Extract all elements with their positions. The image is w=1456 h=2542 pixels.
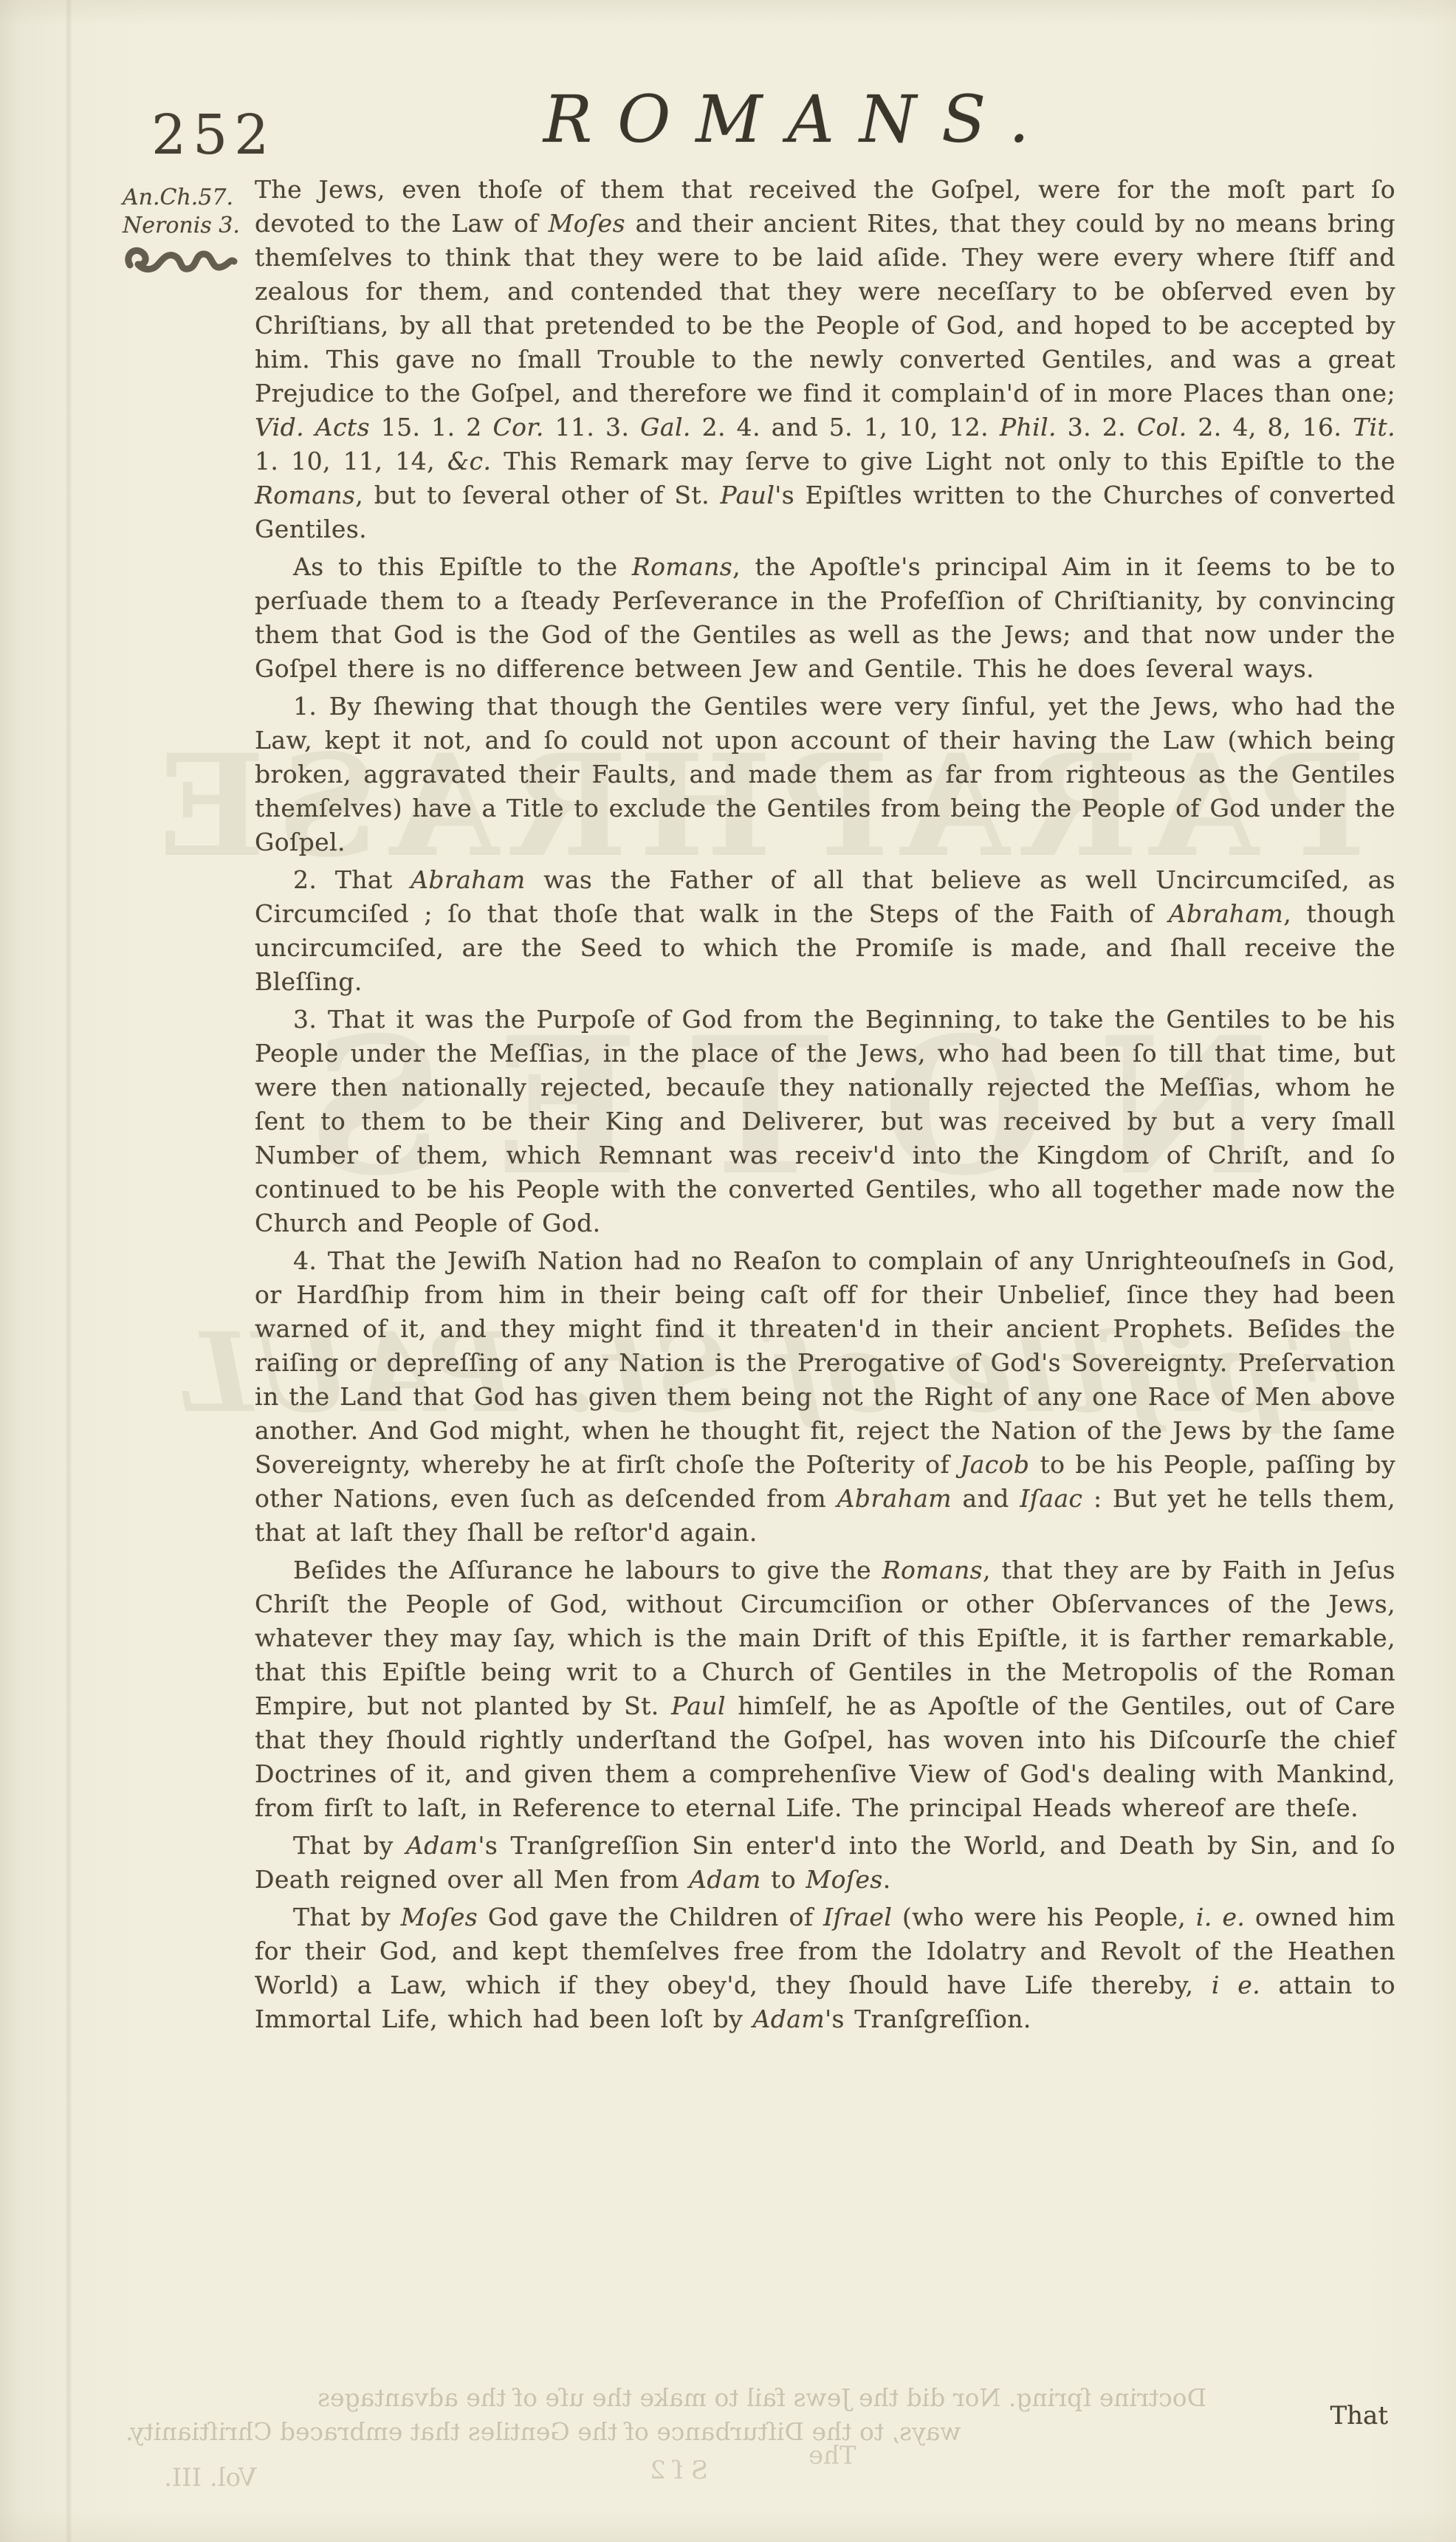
paragraph-4: 2. That Abraham was the Father of all th… [255, 863, 1395, 999]
showthrough-line-3: Vol. III. [164, 2463, 257, 2493]
paragraph-5: 3. That it was the Purpoſe of God from t… [255, 1003, 1395, 1240]
showthrough-line-2: ways, to the Diſturbance of the Gentiles… [126, 2417, 961, 2446]
showthrough-line-1: Doctrine ſpring. Nor did the Jews fail t… [317, 2383, 1206, 2412]
showthrough-line-5: The [808, 2441, 856, 2470]
body-text: The Jews, even thoſe of them that receiv… [255, 173, 1395, 2040]
paragraph-8: That by Adam's Tranſgreſſion Sin enter'd… [255, 1829, 1395, 1897]
paragraph-3: 1. By ſhewing that though the Gentiles w… [255, 690, 1395, 859]
margin-ornament-squiggle-icon [123, 244, 241, 278]
paragraph-6: 4. That the Jewiſh Nation had no Reaſon … [255, 1244, 1395, 1550]
paragraph-9: That by Moſes God gave the Children of I… [255, 1900, 1395, 2036]
running-title: ROMANS. [251, 81, 1322, 157]
paragraph-2: As to this Epiſtle to the Romans, the Ap… [255, 550, 1395, 686]
page-crease [65, 0, 72, 2542]
margin-note-line2: Neronis 3. [123, 212, 253, 240]
paragraph-7: Beſides the Aſſurance he labours to give… [255, 1553, 1395, 1825]
catchword: That [1167, 2401, 1388, 2431]
margin-note-line1: An.Ch.57. [123, 184, 253, 212]
showthrough-line-4: S ſ 2 [650, 2456, 708, 2485]
paragraph-1: The Jews, even thoſe of them that receiv… [255, 173, 1395, 546]
book-page: PARAPHRASENOTESEpiſtle of St. PAULDoctri… [0, 0, 1456, 2542]
margin-note: An.Ch.57. Neronis 3. [123, 184, 253, 278]
